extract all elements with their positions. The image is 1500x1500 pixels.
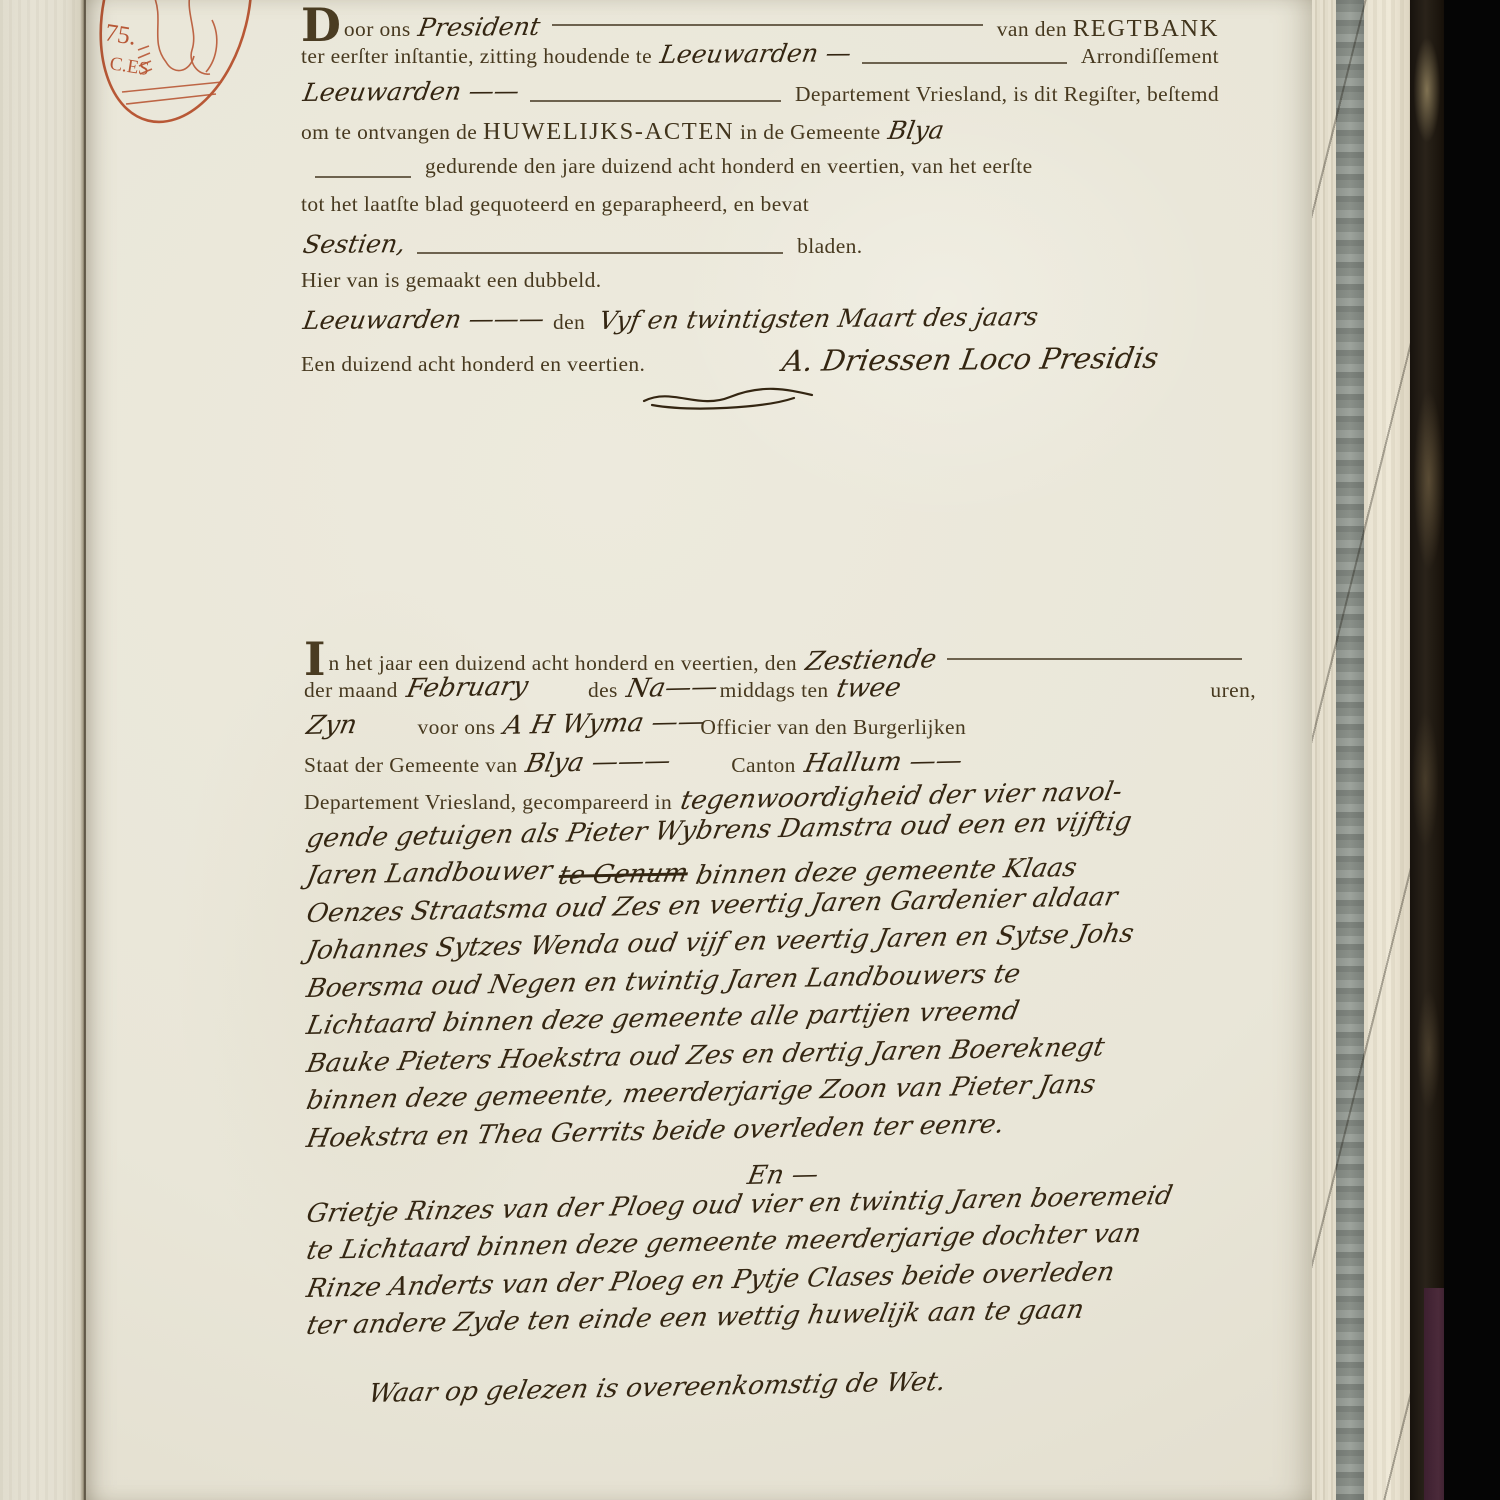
printed-text: tot het laatſte blad gequoteerd en gepar… — [301, 192, 809, 217]
printed-text: den — [541, 310, 596, 335]
book-photo: 75. C.ES Door ons Presidentvan den REGTB… — [0, 0, 1500, 1500]
handwritten-text: En — — [745, 1160, 821, 1191]
stamp-value: 75. — [103, 19, 138, 51]
preamble-line — [301, 382, 1219, 420]
handwritten-dash-rule — [947, 658, 1242, 660]
printed-text: voor ons — [418, 715, 502, 740]
handwritten-text: February — [404, 671, 531, 704]
handwritten-text-struck: te Genum — [556, 858, 691, 891]
handwritten-text-large: Waar op gelezen is overeenkomstig de Wet… — [366, 1366, 948, 1408]
handwritten-text: Zestiende — [803, 644, 939, 677]
revenue-stamp-icon: 75. C.ES — [92, 0, 252, 144]
handwritten-dash-rule — [552, 24, 983, 26]
act-line: Waar op gelezen is overeenkomstig de Wet… — [304, 1379, 1256, 1417]
act-line: ter andere Zyde ten einde een wettig huw… — [304, 1311, 1256, 1349]
printed-text: des — [588, 678, 624, 703]
printed-text: ter eerſter inſtantie, zitting houdende … — [301, 44, 658, 69]
act-line: In het jaar een duizend acht honderd en … — [304, 636, 1256, 674]
handwritten-dash-rule — [530, 100, 781, 102]
handwritten-text: Hallum —— — [802, 745, 965, 778]
printed-text: bladen. — [797, 234, 862, 259]
act-line: Hoekstra en Thea Gerrits beide overleden… — [304, 1124, 1256, 1162]
printed-text: van den — [997, 17, 1073, 42]
handwritten-text: Leeuwarden — — [658, 38, 854, 69]
preamble-line: Leeuwarden ——— den Vyf en twintigsten Ma… — [301, 306, 1219, 344]
ornate-initial: D — [301, 7, 341, 44]
printed-text: Officier van den Burgerlijken — [700, 715, 966, 740]
printed-text: Staat der Gemeente van — [304, 753, 523, 778]
printed-caps-text: HUWELIJKS-ACTEN — [483, 118, 734, 146]
preamble-line: Leeuwarden ——Departement Vriesland, is d… — [301, 78, 1219, 116]
printed-text: oor ons — [344, 17, 416, 42]
printed-text: Een duizend acht honderd en veertien. — [301, 352, 645, 377]
printed-text: Canton — [731, 753, 801, 778]
page-edges-outer — [1364, 0, 1410, 1500]
printed-text: in de Gemeente — [734, 120, 886, 145]
printed-text: Arrondiſſement — [1081, 44, 1219, 69]
page-edges-inner — [1312, 0, 1336, 1500]
handwritten-text: Leeuwarden ——— — [301, 304, 547, 335]
document-page: 75. C.ES Door ons Presidentvan den REGTB… — [86, 0, 1312, 1500]
preamble-line: ter eerſter inſtantie, zitting houdende … — [301, 40, 1219, 78]
underlying-page-edge — [0, 0, 86, 1500]
handwritten-text: A H Wyma —— — [501, 707, 707, 741]
photo-background — [1444, 0, 1500, 1500]
printed-caps-text: REGTBANK — [1073, 15, 1219, 43]
act-line: der maand Februarydes Na—— middags ten t… — [304, 674, 1256, 712]
handwritten-text: Blya — [886, 116, 946, 145]
marriage-act-text: In het jaar een duizend acht honderd en … — [304, 636, 1256, 1416]
handwritten-dash-rule — [315, 176, 411, 178]
printed-text: Hier van is gemaakt een dubbeld. — [301, 268, 602, 293]
preamble-line: Hier van is gemaakt een dubbeld. — [301, 268, 1219, 306]
printed-text: uren, — [1210, 678, 1256, 703]
handwritten-text: Leeuwarden —— — [301, 76, 522, 107]
preamble-line: Door ons Presidentvan den REGTBANK — [301, 2, 1219, 40]
ornate-initial: I — [304, 641, 326, 678]
signature-text: A. Driessen Loco Presidis — [780, 341, 1161, 378]
act-line: Zynvoor ons A H Wyma ——Officier van den … — [304, 711, 1256, 749]
register-preamble: Door ons Presidentvan den REGTBANKter ee… — [301, 2, 1219, 420]
handwritten-text: Na—— — [624, 672, 720, 704]
handwritten-text: Zyn — [304, 710, 359, 741]
preamble-line: tot het laatſte blad gequoteerd en gepar… — [301, 192, 1219, 230]
handwritten-text: Vyf en twintigsten Maart des jaars — [597, 302, 1040, 335]
preamble-line: Sestien,bladen. — [301, 230, 1219, 268]
printed-text: om te ontvangen de — [301, 120, 483, 145]
stamp-unit: C.ES — [108, 53, 150, 80]
printed-text: Departement Vriesland, is dit Regiſter, … — [795, 82, 1219, 107]
handwritten-text: Sestien, — [301, 229, 408, 259]
signature-paraph-flourish — [638, 384, 818, 419]
handwritten-dash-rule — [862, 62, 1067, 64]
printed-text: gedurende den jare duizend acht honderd … — [425, 154, 1033, 179]
handwritten-text: twee — [834, 672, 904, 703]
book-binding — [1410, 0, 1444, 1500]
handwritten-text: President — [416, 12, 542, 42]
handwritten-dash-rule — [417, 252, 783, 254]
printed-text: middags ten — [714, 678, 834, 703]
printed-text: Departement Vriesland, gecompareerd in — [304, 790, 678, 815]
preamble-line: Een duizend acht honderd en veertien.A. … — [301, 344, 1219, 382]
preamble-line: gedurende den jare duizend acht honderd … — [301, 154, 1219, 192]
marbled-page-edge — [1336, 0, 1364, 1500]
printed-text: n het jaar een duizend acht honderd en v… — [329, 651, 803, 676]
handwritten-text: Blya ——— — [523, 745, 673, 778]
act-line: gende getuigen als Pieter Wybrens Damstr… — [304, 824, 1256, 862]
preamble-line: om te ontvangen de HUWELIJKS-ACTEN in de… — [301, 116, 1219, 154]
handwritten-text: Jaren Landbouwer — [304, 856, 563, 891]
